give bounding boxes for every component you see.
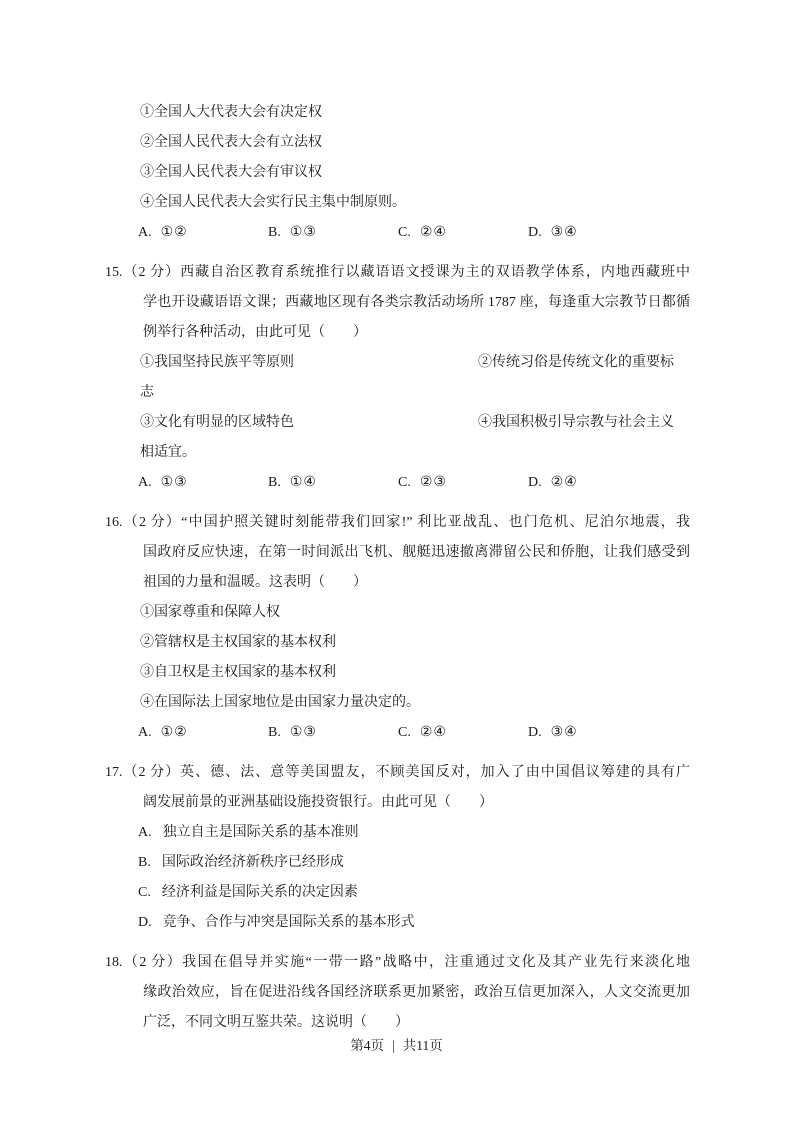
numbered-statement-4: ④我国积极引导宗教与社会主义 <box>478 408 674 438</box>
question-15: 15.（2 分）西藏自治区教育系统推行以藏语语文授课为主的双语教学体系，内地西藏… <box>105 258 690 498</box>
choice-a: A.①② <box>138 218 268 248</box>
statement-pair-row: ①我国坚持民族平等原则 ②传统习俗是传统文化的重要标 <box>105 348 690 378</box>
option-b: B.国际政治经济新秩序已经形成 <box>105 848 690 878</box>
choice-label: B. <box>268 475 281 490</box>
option-text: 国际政治经济新秩序已经形成 <box>162 855 344 870</box>
option-text: 竞争、合作与冲突是国际关系的基本形式 <box>163 915 415 930</box>
option-a: A.独立自主是国际关系的基本准则 <box>105 818 690 848</box>
statement-pair-row: ③文化有明显的区域特色 ④我国积极引导宗教与社会主义 <box>105 408 690 438</box>
statement-overflow: 志 <box>105 378 690 408</box>
numbered-statement-1: ①全国人大代表大会有决定权 <box>105 98 690 128</box>
numbered-statement-2: ②全国人民代表大会有立法权 <box>105 128 690 158</box>
numbered-statement-4: ④在国际法上国家地位是由国家力量决定的。 <box>105 688 690 718</box>
question-stem-line: 国政府反应快速，在第一时间派出飞机、舰艇迅速撤离滞留公民和侨胞，让我们感受到 <box>105 538 690 568</box>
question-stem-line: 15.（2 分）西藏自治区教育系统推行以藏语语文授课为主的双语教学体系，内地西藏… <box>105 258 690 288</box>
question-14: ①全国人大代表大会有决定权 ②全国人民代表大会有立法权 ③全国人民代表大会有审议… <box>105 98 690 248</box>
numbered-statement-4: ④全国人民代表大会实行民主集中制原则。 <box>105 188 690 218</box>
choice-label: D. <box>528 475 542 490</box>
option-label: C. <box>138 885 151 900</box>
option-c: C.经济利益是国际关系的决定因素 <box>105 878 690 908</box>
numbered-statement-3: ③自卫权是主权国家的基本权利 <box>105 658 690 688</box>
answer-choices-row: A.①② B.①③ C.②④ D.③④ <box>105 718 690 748</box>
choice-d: D.③④ <box>528 218 578 248</box>
choice-b: B.①③ <box>268 718 398 748</box>
choice-value: ①③ <box>161 475 188 490</box>
choice-c: C.②③ <box>398 468 528 498</box>
choice-value: ②③ <box>420 475 447 490</box>
numbered-statement-3: ③文化有明显的区域特色 <box>140 415 294 430</box>
choice-value: ①② <box>161 225 188 240</box>
page-content: ①全国人大代表大会有决定权 ②全国人民代表大会有立法权 ③全国人民代表大会有审议… <box>105 98 690 1048</box>
choice-value: ①③ <box>290 725 317 740</box>
answer-choices-row: A.①② B.①③ C.②④ D.③④ <box>105 218 690 248</box>
numbered-statement-1: ①我国坚持民族平等原则 <box>140 355 294 370</box>
choice-value: ②④ <box>420 225 447 240</box>
choice-b: B.①③ <box>268 218 398 248</box>
numbered-statement-2: ②传统习俗是传统文化的重要标 <box>478 348 674 378</box>
choice-value: ③④ <box>551 725 578 740</box>
option-d: D.竞争、合作与冲突是国际关系的基本形式 <box>105 908 690 938</box>
question-stem-line: 祖国的力量和温暖。这表明（ ） <box>105 568 690 598</box>
question-17: 17.（2 分）英、德、法、意等美国盟友，不顾美国反对，加入了由中国倡议筹建的具… <box>105 758 690 938</box>
question-stem-line: 17.（2 分）英、德、法、意等美国盟友，不顾美国反对，加入了由中国倡议筹建的具… <box>105 758 690 788</box>
exam-page: ①全国人大代表大会有决定权 ②全国人民代表大会有立法权 ③全国人民代表大会有审议… <box>0 0 793 1122</box>
page-number: 第4页 <box>350 1038 384 1053</box>
numbered-statement-3: ③全国人民代表大会有审议权 <box>105 158 690 188</box>
choice-value: ①② <box>161 725 188 740</box>
choice-label: B. <box>268 225 281 240</box>
choice-label: A. <box>138 475 152 490</box>
question-stem-line: 广泛，不同文明互鉴共荣。这说明（ ） <box>105 1008 690 1038</box>
choice-label: C. <box>398 225 411 240</box>
question-stem-line: 18.（2 分）我国在倡导并实施“一带一路”战略中，注重通过文化及其产业先行来淡… <box>105 948 690 978</box>
question-stem-line: 例举行各种活动，由此可见（ ） <box>105 318 690 348</box>
statement-overflow: 相适宜。 <box>105 438 690 468</box>
option-label: B. <box>138 855 151 870</box>
option-label: A. <box>138 825 152 840</box>
choice-label: D. <box>528 225 542 240</box>
choice-label: D. <box>528 725 542 740</box>
answer-choices-row: A.①③ B.①④ C.②③ D.②④ <box>105 468 690 498</box>
choice-value: ①③ <box>290 225 317 240</box>
choice-c: C.②④ <box>398 218 528 248</box>
question-18: 18.（2 分）我国在倡导并实施“一带一路”战略中，注重通过文化及其产业先行来淡… <box>105 948 690 1038</box>
choice-a: A.①③ <box>138 468 268 498</box>
choice-label: B. <box>268 725 281 740</box>
question-stem-line: 缘政治效应，旨在促进沿线各国经济联系更加紧密，政治互信更加深入，人文交流更加 <box>105 978 690 1008</box>
choice-label: C. <box>398 475 411 490</box>
question-stem-line: 学也开设藏语语文课；西藏地区现有各类宗教活动场所 1787 座，每逢重大宗教节日… <box>105 288 690 318</box>
choice-b: B.①④ <box>268 468 398 498</box>
choice-value: ②④ <box>551 475 578 490</box>
option-text: 经济利益是国际关系的决定因素 <box>162 885 358 900</box>
choice-value: ①④ <box>290 475 317 490</box>
option-label: D. <box>138 915 152 930</box>
choice-label: A. <box>138 225 152 240</box>
choice-value: ③④ <box>551 225 578 240</box>
numbered-statement-2: ②管辖权是主权国家的基本权利 <box>105 628 690 658</box>
question-16: 16.（2 分）“中国护照关键时刻能带我们回家!” 利比亚战乱、也门危机、尼泊尔… <box>105 508 690 748</box>
footer-separator: | <box>392 1038 395 1053</box>
choice-d: D.③④ <box>528 718 578 748</box>
question-stem-line: 阔发展前景的亚洲基础设施投资银行。由此可见（ ） <box>105 788 690 818</box>
question-stem-line: 16.（2 分）“中国护照关键时刻能带我们回家!” 利比亚战乱、也门危机、尼泊尔… <box>105 508 690 538</box>
numbered-statement-1: ①国家尊重和保障人权 <box>105 598 690 628</box>
option-text: 独立自主是国际关系的基本准则 <box>163 825 359 840</box>
choice-label: C. <box>398 725 411 740</box>
choice-label: A. <box>138 725 152 740</box>
choice-c: C.②④ <box>398 718 528 748</box>
page-total: 共11页 <box>403 1038 443 1053</box>
page-footer: 第4页|共11页 <box>0 1036 793 1056</box>
choice-value: ②④ <box>420 725 447 740</box>
choice-d: D.②④ <box>528 468 578 498</box>
choice-a: A.①② <box>138 718 268 748</box>
